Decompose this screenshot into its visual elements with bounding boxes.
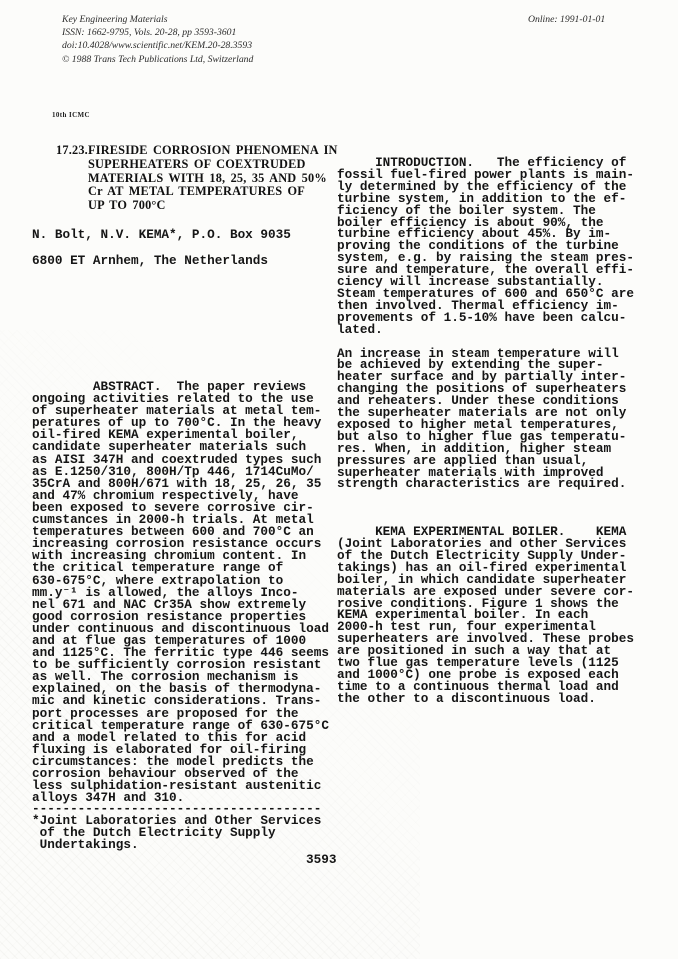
affiliation-footnote: -------------------------------------- *… bbox=[32, 803, 321, 851]
abstract-column: ABSTRACT. The paper reviews ongoing acti… bbox=[32, 381, 329, 804]
scanned-paper-page: Key Engineering Materials ISSN: 1662-979… bbox=[0, 0, 678, 959]
article-title-block: 17.23. FIRESIDE CORROSION PHENOMENA IN S… bbox=[56, 144, 338, 213]
page-number: 3593 bbox=[306, 854, 336, 866]
article-number: 17.23. bbox=[56, 144, 88, 158]
online-date: Online: 1991-01-01 bbox=[528, 13, 605, 26]
article-title: FIRESIDE CORROSION PHENOMENA IN SUPERHEA… bbox=[88, 144, 338, 213]
journal-citation-header: Key Engineering Materials ISSN: 1662-979… bbox=[62, 13, 253, 66]
conference-label: 10th ICMC bbox=[52, 111, 90, 119]
introduction-column: INTRODUCTION. The efficiency of fossil f… bbox=[337, 157, 634, 705]
author-affiliation: N. Bolt, N.V. KEMA*, P.O. Box 9035 6800 … bbox=[32, 228, 291, 267]
